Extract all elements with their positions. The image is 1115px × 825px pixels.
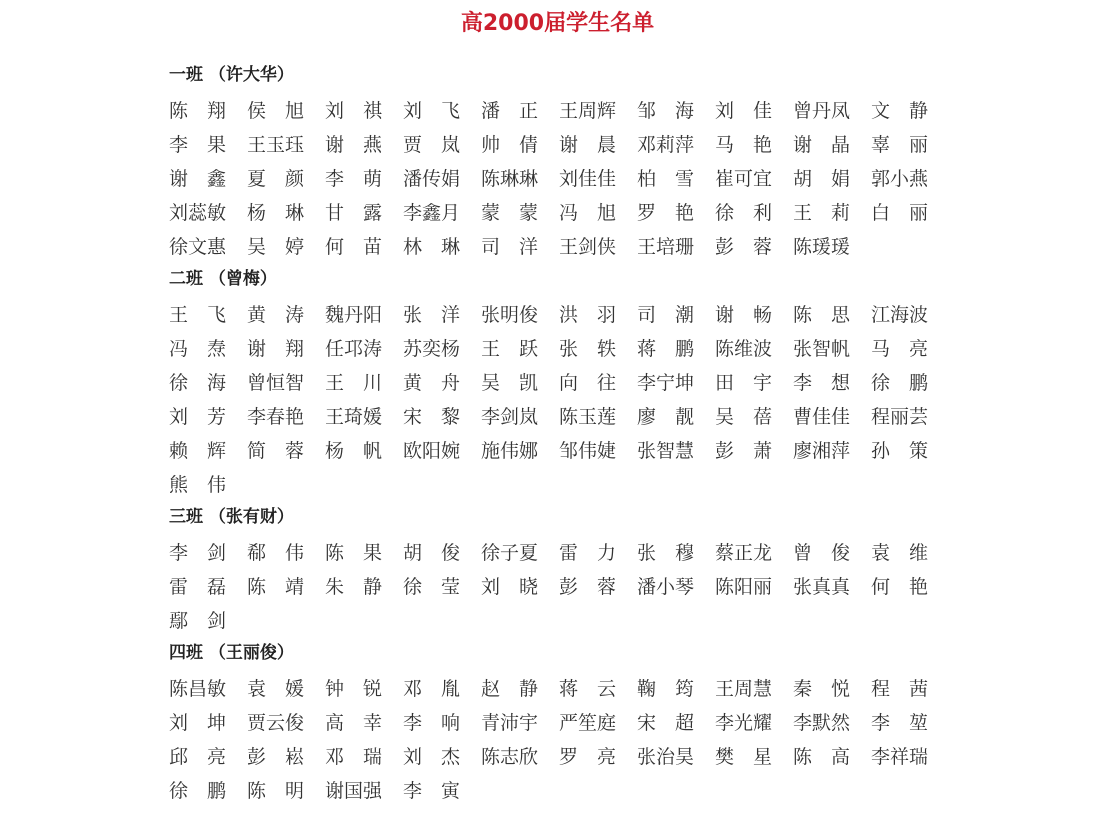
student-name: 廖湘萍 bbox=[793, 434, 871, 468]
name-row: 陈翔侯旭刘祺刘飞潘正王周辉邹海刘佳曾丹凤文静 bbox=[169, 94, 949, 128]
student-name: 徐海 bbox=[169, 366, 247, 400]
class-section: 四班 （王丽俊）陈昌敏袁媛钟锐邓胤赵静蒋云鞠筠王周慧秦悦程茜刘坤贾云俊高幸李响青… bbox=[169, 638, 949, 808]
student-name: 鞠筠 bbox=[637, 672, 715, 706]
name-row: 徐鹏陈明谢国强李寅 bbox=[169, 774, 949, 808]
name-row: 李果王玉珏谢燕贾岚帅倩谢晨邓莉萍马艳谢晶辜丽 bbox=[169, 128, 949, 162]
student-name: 杨琳 bbox=[247, 196, 325, 230]
student-name: 赖辉 bbox=[169, 434, 247, 468]
student-name: 谢鑫 bbox=[169, 162, 247, 196]
student-name: 徐子夏 bbox=[481, 536, 559, 570]
student-name: 熊伟 bbox=[169, 468, 247, 502]
name-row: 刘芳李春艳王琦媛宋黎李剑岚陈玉莲廖靓吴蓓曹佳佳程丽芸 bbox=[169, 400, 949, 434]
student-name: 王周慧 bbox=[715, 672, 793, 706]
student-name: 邓莉萍 bbox=[637, 128, 715, 162]
student-name: 夏颜 bbox=[247, 162, 325, 196]
student-name: 陈琳琳 bbox=[481, 162, 559, 196]
student-name: 马艳 bbox=[715, 128, 793, 162]
student-name: 陈靖 bbox=[247, 570, 325, 604]
student-name: 邹海 bbox=[637, 94, 715, 128]
student-name: 刘蕊敏 bbox=[169, 196, 247, 230]
student-name: 谢晶 bbox=[793, 128, 871, 162]
student-name: 李宁坤 bbox=[637, 366, 715, 400]
student-name: 潘小琴 bbox=[637, 570, 715, 604]
student-name: 司洋 bbox=[481, 230, 559, 264]
student-name: 刘飞 bbox=[403, 94, 481, 128]
student-name: 张穆 bbox=[637, 536, 715, 570]
student-name: 谢燕 bbox=[325, 128, 403, 162]
student-name: 张轶 bbox=[559, 332, 637, 366]
student-name: 陈高 bbox=[793, 740, 871, 774]
student-name: 李默然 bbox=[793, 706, 871, 740]
student-name: 彭萧 bbox=[715, 434, 793, 468]
page-title: 高2000届学生名单 bbox=[0, 6, 1115, 37]
class-heading: 一班 （许大华） bbox=[169, 60, 949, 94]
student-name: 李想 bbox=[793, 366, 871, 400]
student-name: 袁媛 bbox=[247, 672, 325, 706]
name-row: 熊伟 bbox=[169, 468, 949, 502]
student-name: 帅倩 bbox=[481, 128, 559, 162]
student-name: 辜丽 bbox=[871, 128, 949, 162]
student-name: 蔡正龙 bbox=[715, 536, 793, 570]
student-name: 胡娟 bbox=[793, 162, 871, 196]
student-name: 苏奕杨 bbox=[403, 332, 481, 366]
student-name: 李堃 bbox=[871, 706, 949, 740]
name-row: 李剑郗伟陈果胡俊徐子夏雷力张穆蔡正龙曾俊袁维 bbox=[169, 536, 949, 570]
student-name: 曾恒智 bbox=[247, 366, 325, 400]
student-name: 陈维波 bbox=[715, 332, 793, 366]
student-name: 王川 bbox=[325, 366, 403, 400]
student-name: 宋黎 bbox=[403, 400, 481, 434]
student-name: 陈阳丽 bbox=[715, 570, 793, 604]
name-row: 冯焘谢翔任邛涛苏奕杨王跃张轶蒋鹏陈维波张智帆马亮 bbox=[169, 332, 949, 366]
student-name: 王莉 bbox=[793, 196, 871, 230]
name-row: 王飞黄涛魏丹阳张洋张明俊洪羽司潮谢畅陈思江海波 bbox=[169, 298, 949, 332]
student-name: 彭蓉 bbox=[715, 230, 793, 264]
class-section: 三班 （张有财）李剑郗伟陈果胡俊徐子夏雷力张穆蔡正龙曾俊袁维雷磊陈靖朱静徐莹刘晓… bbox=[169, 502, 949, 638]
student-name: 邹伟婕 bbox=[559, 434, 637, 468]
student-name: 李祥瑞 bbox=[871, 740, 949, 774]
student-name: 张智慧 bbox=[637, 434, 715, 468]
student-name: 黄舟 bbox=[403, 366, 481, 400]
student-name: 柏雪 bbox=[637, 162, 715, 196]
student-name: 徐鹏 bbox=[169, 774, 247, 808]
student-name: 张智帆 bbox=[793, 332, 871, 366]
student-name: 李光耀 bbox=[715, 706, 793, 740]
student-name: 廖靓 bbox=[637, 400, 715, 434]
student-name: 何苗 bbox=[325, 230, 403, 264]
student-name: 袁维 bbox=[871, 536, 949, 570]
class-section: 一班 （许大华）陈翔侯旭刘祺刘飞潘正王周辉邹海刘佳曾丹凤文静李果王玉珏谢燕贾岚帅… bbox=[169, 60, 949, 264]
student-name: 秦悦 bbox=[793, 672, 871, 706]
student-name: 李春艳 bbox=[247, 400, 325, 434]
student-name: 刘佳佳 bbox=[559, 162, 637, 196]
student-name: 严笙庭 bbox=[559, 706, 637, 740]
student-name: 侯旭 bbox=[247, 94, 325, 128]
student-name: 刘芳 bbox=[169, 400, 247, 434]
student-name: 赵静 bbox=[481, 672, 559, 706]
student-name: 王飞 bbox=[169, 298, 247, 332]
student-name: 罗亮 bbox=[559, 740, 637, 774]
student-name: 司潮 bbox=[637, 298, 715, 332]
student-name: 郗伟 bbox=[247, 536, 325, 570]
student-name: 谢晨 bbox=[559, 128, 637, 162]
student-name: 蒋云 bbox=[559, 672, 637, 706]
student-name: 刘佳 bbox=[715, 94, 793, 128]
class-heading: 三班 （张有财） bbox=[169, 502, 949, 536]
student-name: 鄢剑 bbox=[169, 604, 247, 638]
student-name: 胡俊 bbox=[403, 536, 481, 570]
student-name: 李剑 bbox=[169, 536, 247, 570]
name-row: 赖辉简蓉杨帆欧阳婉施伟娜邹伟婕张智慧彭萧廖湘萍孙策 bbox=[169, 434, 949, 468]
student-name: 冯焘 bbox=[169, 332, 247, 366]
student-name: 欧阳婉 bbox=[403, 434, 481, 468]
student-name: 宋超 bbox=[637, 706, 715, 740]
student-name: 刘坤 bbox=[169, 706, 247, 740]
student-name: 黄涛 bbox=[247, 298, 325, 332]
student-name: 钟锐 bbox=[325, 672, 403, 706]
student-name: 陈瑗瑗 bbox=[793, 230, 871, 264]
student-name: 王跃 bbox=[481, 332, 559, 366]
name-row: 鄢剑 bbox=[169, 604, 949, 638]
student-name: 彭蓉 bbox=[559, 570, 637, 604]
name-row: 刘蕊敏杨琳甘露李鑫月蒙蒙冯旭罗艳徐利王莉白丽 bbox=[169, 196, 949, 230]
student-name: 徐文惠 bbox=[169, 230, 247, 264]
student-name: 任邛涛 bbox=[325, 332, 403, 366]
student-name: 杨帆 bbox=[325, 434, 403, 468]
student-name: 李剑岚 bbox=[481, 400, 559, 434]
name-row: 徐文惠吴婷何苗林琳司洋王剑侠王培珊彭蓉陈瑗瑗 bbox=[169, 230, 949, 264]
student-name: 崔可宜 bbox=[715, 162, 793, 196]
student-name: 吴蓓 bbox=[715, 400, 793, 434]
student-name: 刘杰 bbox=[403, 740, 481, 774]
student-name: 陈志欣 bbox=[481, 740, 559, 774]
student-name: 张明俊 bbox=[481, 298, 559, 332]
student-name: 郭小燕 bbox=[871, 162, 949, 196]
student-name: 文静 bbox=[871, 94, 949, 128]
student-name: 魏丹阳 bbox=[325, 298, 403, 332]
student-name: 邱亮 bbox=[169, 740, 247, 774]
student-name: 吴凯 bbox=[481, 366, 559, 400]
student-name: 王剑侠 bbox=[559, 230, 637, 264]
student-name: 罗艳 bbox=[637, 196, 715, 230]
student-name: 王培珊 bbox=[637, 230, 715, 264]
student-name: 冯旭 bbox=[559, 196, 637, 230]
student-name: 徐鹏 bbox=[871, 366, 949, 400]
student-name: 雷磊 bbox=[169, 570, 247, 604]
student-name: 樊星 bbox=[715, 740, 793, 774]
student-name: 蒙蒙 bbox=[481, 196, 559, 230]
student-name: 谢国强 bbox=[325, 774, 403, 808]
name-row: 陈昌敏袁媛钟锐邓胤赵静蒋云鞠筠王周慧秦悦程茜 bbox=[169, 672, 949, 706]
student-name: 贾岚 bbox=[403, 128, 481, 162]
student-name: 青沛宇 bbox=[481, 706, 559, 740]
student-name: 简蓉 bbox=[247, 434, 325, 468]
student-name: 邓胤 bbox=[403, 672, 481, 706]
name-row: 刘坤贾云俊高幸李响青沛宇严笙庭宋超李光耀李默然李堃 bbox=[169, 706, 949, 740]
student-name: 陈果 bbox=[325, 536, 403, 570]
student-name: 吴婷 bbox=[247, 230, 325, 264]
student-name: 蒋鹏 bbox=[637, 332, 715, 366]
student-name: 江海波 bbox=[871, 298, 949, 332]
student-name: 施伟娜 bbox=[481, 434, 559, 468]
student-name: 李寅 bbox=[403, 774, 481, 808]
student-name: 陈明 bbox=[247, 774, 325, 808]
student-name: 曹佳佳 bbox=[793, 400, 871, 434]
student-name: 王琦媛 bbox=[325, 400, 403, 434]
student-name: 张真真 bbox=[793, 570, 871, 604]
student-name: 林琳 bbox=[403, 230, 481, 264]
student-name: 高幸 bbox=[325, 706, 403, 740]
student-name: 潘传娟 bbox=[403, 162, 481, 196]
student-name: 程丽芸 bbox=[871, 400, 949, 434]
student-name: 李鑫月 bbox=[403, 196, 481, 230]
student-name: 王玉珏 bbox=[247, 128, 325, 162]
student-name: 李果 bbox=[169, 128, 247, 162]
student-name: 贾云俊 bbox=[247, 706, 325, 740]
student-name: 田宇 bbox=[715, 366, 793, 400]
student-roster: 一班 （许大华）陈翔侯旭刘祺刘飞潘正王周辉邹海刘佳曾丹凤文静李果王玉珏谢燕贾岚帅… bbox=[169, 60, 949, 808]
student-name: 陈玉莲 bbox=[559, 400, 637, 434]
student-name: 徐利 bbox=[715, 196, 793, 230]
name-row: 邱亮彭崧邓瑞刘杰陈志欣罗亮张治昊樊星陈高李祥瑞 bbox=[169, 740, 949, 774]
student-name: 刘祺 bbox=[325, 94, 403, 128]
student-name: 向往 bbox=[559, 366, 637, 400]
student-name: 李响 bbox=[403, 706, 481, 740]
student-name: 马亮 bbox=[871, 332, 949, 366]
name-row: 雷磊陈靖朱静徐莹刘晓彭蓉潘小琴陈阳丽张真真何艳 bbox=[169, 570, 949, 604]
student-name: 徐莹 bbox=[403, 570, 481, 604]
student-name: 甘露 bbox=[325, 196, 403, 230]
name-row: 徐海曾恒智王川黄舟吴凯向往李宁坤田宇李想徐鹏 bbox=[169, 366, 949, 400]
class-heading: 四班 （王丽俊） bbox=[169, 638, 949, 672]
student-name: 陈昌敏 bbox=[169, 672, 247, 706]
class-heading: 二班 （曾梅） bbox=[169, 264, 949, 298]
student-name: 李萌 bbox=[325, 162, 403, 196]
student-name: 雷力 bbox=[559, 536, 637, 570]
student-name: 邓瑞 bbox=[325, 740, 403, 774]
student-name: 潘正 bbox=[481, 94, 559, 128]
student-name: 谢畅 bbox=[715, 298, 793, 332]
student-name: 张治昊 bbox=[637, 740, 715, 774]
student-name: 谢翔 bbox=[247, 332, 325, 366]
class-section: 二班 （曾梅）王飞黄涛魏丹阳张洋张明俊洪羽司潮谢畅陈思江海波冯焘谢翔任邛涛苏奕杨… bbox=[169, 264, 949, 502]
student-name: 曾丹凤 bbox=[793, 94, 871, 128]
student-name: 彭崧 bbox=[247, 740, 325, 774]
student-name: 程茜 bbox=[871, 672, 949, 706]
student-name: 曾俊 bbox=[793, 536, 871, 570]
student-name: 刘晓 bbox=[481, 570, 559, 604]
student-name: 何艳 bbox=[871, 570, 949, 604]
student-name: 朱静 bbox=[325, 570, 403, 604]
student-name: 陈思 bbox=[793, 298, 871, 332]
student-name: 陈翔 bbox=[169, 94, 247, 128]
student-name: 洪羽 bbox=[559, 298, 637, 332]
student-name: 孙策 bbox=[871, 434, 949, 468]
student-name: 张洋 bbox=[403, 298, 481, 332]
name-row: 谢鑫夏颜李萌潘传娟陈琳琳刘佳佳柏雪崔可宜胡娟郭小燕 bbox=[169, 162, 949, 196]
student-name: 王周辉 bbox=[559, 94, 637, 128]
student-name: 白丽 bbox=[871, 196, 949, 230]
